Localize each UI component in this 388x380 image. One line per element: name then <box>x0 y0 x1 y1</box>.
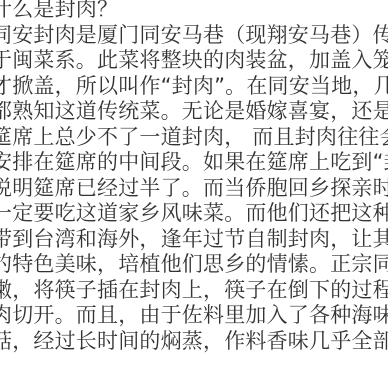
paragraph-line: 带到台湾和海外，逢年过节自制封肉，让其后辈品 <box>0 227 388 253</box>
paragraph-line: 筵席上总少不了一道封肉， 而且封肉往往会作为大 <box>0 125 388 151</box>
paragraph-line: 一定要吃这道家乡风味菜。而他们还把这种独特菜 <box>0 201 388 227</box>
paragraph-line: 都熟知这道传统菜。无论是婚嫁喜宴，还是新房入 <box>0 99 388 125</box>
paragraph-line: 肉切开。而且，由于佐料里加入了各种海味食材和 <box>0 303 388 329</box>
paragraph-line: 的特色美味，培植他们思乡的情愫。正宗同安封 <box>0 252 388 278</box>
paragraph-line: 安排在筵席的中间段。如果在筵席上吃到“封肉” <box>0 150 388 176</box>
paragraph-line: 说明筵席已经过半了。而当侨胞回乡探亲时，无论 <box>0 176 388 202</box>
article-title: 什么是封肉？ <box>0 0 388 23</box>
paragraph-line: 菇，经过长时间的焖蒸，作料香味几乎全部毫无保 <box>0 329 388 355</box>
paragraph-line: 才掀盖，所以叫作“封肉”。在同安当地，几乎每 <box>0 74 388 100</box>
article-body: 什么是封肉？ 同安封肉是厦门同安马巷（现翔安马巷）传统的名 于闽菜系。此菜将整块… <box>0 0 388 354</box>
paragraph-line: 于闽菜系。此菜将整块的肉装盆，加盖入笼蒸熟之 <box>0 48 388 74</box>
paragraph-line: 同安封肉是厦门同安马巷（现翔安马巷）传统的名 <box>0 23 388 49</box>
paragraph-line: 嫩，将筷子插在封肉上，筷子在倒下的过程中就可 <box>0 278 388 304</box>
